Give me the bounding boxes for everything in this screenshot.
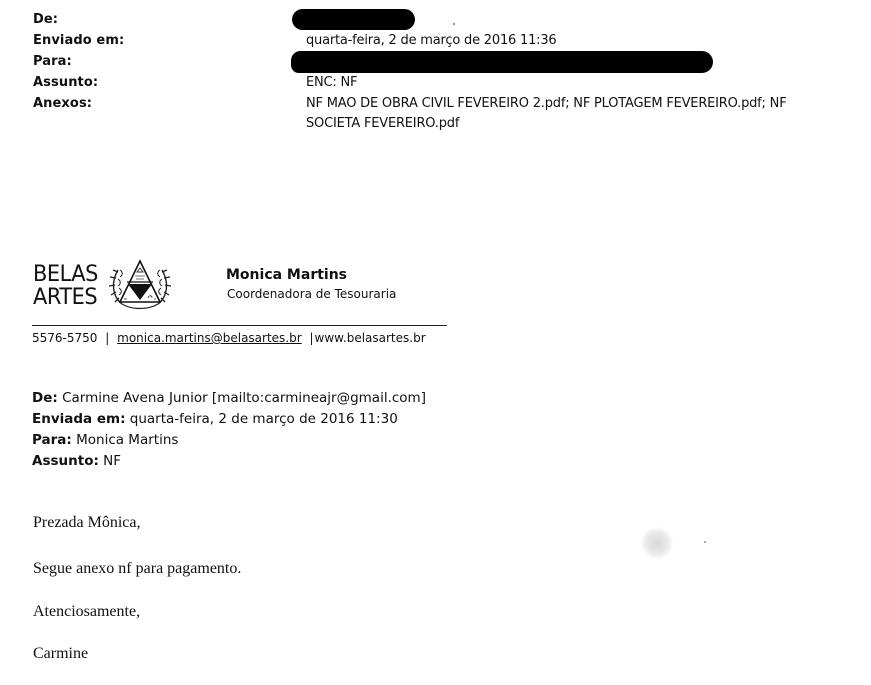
sent-value: quarta-feira, 2 de março de 2016 11:36 xyxy=(306,33,557,48)
attachments-label: Anexos: xyxy=(33,96,92,111)
scan-speck xyxy=(704,541,706,543)
redacted-from xyxy=(292,9,415,30)
original-subject-value: NF xyxy=(103,453,121,469)
signature-phone: 5576-5750 xyxy=(32,331,97,345)
attachments-value-line2: SOCIETA FEVEREIRO.pdf xyxy=(306,116,459,131)
logo-line1: BELAS xyxy=(33,263,98,286)
body-greeting: Prezada Mônica, xyxy=(33,514,141,532)
original-from: De: Carmine Avena Junior [mailto:carmine… xyxy=(32,390,426,406)
body-sender: Carmine xyxy=(33,645,88,663)
body-closing: Atenciosamente, xyxy=(33,603,140,621)
to-label: Para: xyxy=(33,54,72,69)
attachments-value: NF MAO DE OBRA CIVIL FEVEREIRO 2.pdf; NF… xyxy=(306,96,786,111)
original-to-value: Monica Martins xyxy=(76,432,178,448)
signature-email-link[interactable]: monica.martins@belasartes.br xyxy=(117,331,302,345)
masonic-emblem-icon xyxy=(108,258,172,312)
original-sent: Enviada em: quarta-feira, 2 de março de … xyxy=(32,411,398,427)
redacted-to xyxy=(291,51,713,73)
signature-website-link[interactable]: www.belasartes.br xyxy=(315,331,426,345)
signature-role: Coordenadora de Tesouraria xyxy=(227,287,396,301)
original-to-label: Para: xyxy=(32,432,72,448)
separator: | xyxy=(310,331,314,345)
body-message: Segue anexo nf para pagamento. xyxy=(33,560,241,578)
original-subject-label: Assunto: xyxy=(32,453,99,469)
original-from-label: De: xyxy=(32,390,58,406)
separator: | xyxy=(105,331,109,345)
original-sent-value: quarta-feira, 2 de março de 2016 11:30 xyxy=(130,411,398,427)
original-sent-label: Enviada em: xyxy=(32,411,125,427)
original-from-value: Carmine Avena Junior [mailto:carmineajr@… xyxy=(62,390,426,406)
logo-text: BELAS ARTES xyxy=(33,263,98,309)
logo-line2: ARTES xyxy=(33,286,98,309)
scan-speck xyxy=(453,23,455,25)
signature-divider xyxy=(32,325,447,326)
scan-smudge xyxy=(641,527,673,559)
original-to: Para: Monica Martins xyxy=(32,432,178,448)
sent-label: Enviado em: xyxy=(33,33,124,48)
subject-value: ENC: NF xyxy=(306,75,357,90)
signature-contact: 5576-5750 | monica.martins@belasartes.br… xyxy=(32,331,426,345)
original-subject: Assunto: NF xyxy=(32,453,121,469)
subject-label: Assunto: xyxy=(33,75,98,90)
from-label: De: xyxy=(33,12,58,27)
signature-name: Monica Martins xyxy=(226,267,347,283)
